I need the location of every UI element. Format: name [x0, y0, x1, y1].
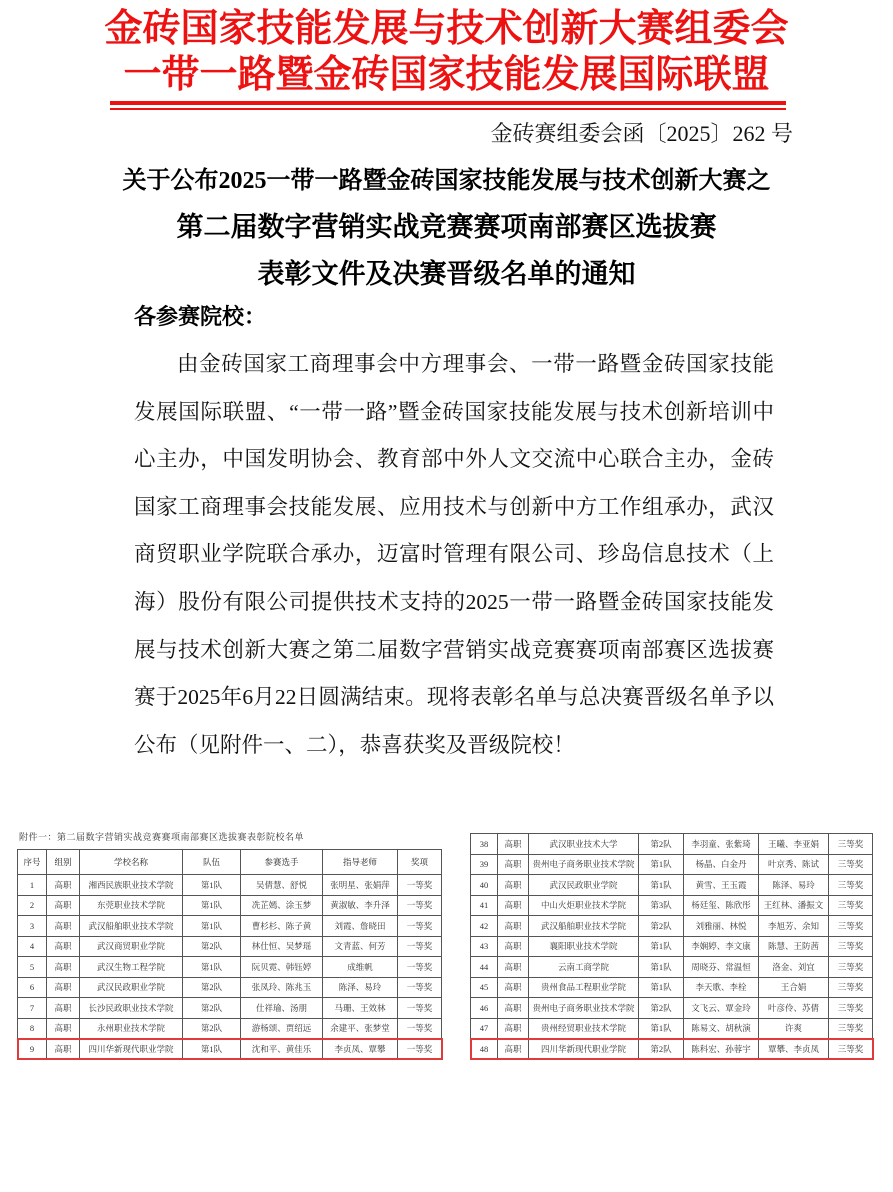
table-cell: 第1队: [639, 854, 684, 875]
table-cell: 第2队: [639, 998, 684, 1019]
letter-body: 由金砖国家工商理事会中方理事会、一带一路暨金砖国家技能发展国际联盟、“一带一路”…: [134, 341, 774, 769]
table-cell: 高职: [498, 895, 529, 916]
table-cell: 第1队: [183, 916, 241, 937]
table-row: 46高职贵州电子商务职业技术学院第2队文飞云、覃金玲叶彦伶、苏倩三等奖: [471, 998, 873, 1019]
table-row: 3高职武汉船舶职业技术学院第1队曹杉杉、陈子黄刘霞、詹晓田一等奖: [18, 916, 442, 937]
table-cell: 第2队: [183, 998, 241, 1019]
table-cell: 高职: [47, 895, 80, 916]
table-cell: 余建平、张梦堂: [323, 1018, 398, 1039]
table-cell: 高职: [47, 957, 80, 978]
table-cell: 38: [471, 834, 498, 855]
table-cell: 贵州电子商务职业技术学院: [529, 854, 639, 875]
table-cell: 三等奖: [829, 834, 873, 855]
awards-table-page2: 38高职武汉职业技术大学第2队李羽童、张紫琦王曦、李亚娟三等奖39高职贵州电子商…: [470, 833, 873, 1060]
table-cell: 武汉船舶职业技术学院: [529, 916, 639, 937]
table-cell: 三等奖: [829, 936, 873, 957]
table-cell: 贵州经贸职业技术学院: [529, 1018, 639, 1039]
table-cell: 第2队: [639, 834, 684, 855]
table-row: 48高职四川华新现代职业学院第2队陈科宏、孙蓉宇覃攀、李贞凤三等奖: [471, 1039, 873, 1060]
table-cell: 一等奖: [398, 1018, 442, 1039]
notice-title-line2: 第二届数字营销实战竞赛赛项南部赛区选拔赛: [0, 205, 893, 244]
table-cell: 46: [471, 998, 498, 1019]
table-cell: 张明星、张娟萍: [323, 875, 398, 896]
table-cell: 李娴婷、李文康: [684, 936, 759, 957]
table-cell: 第1队: [183, 875, 241, 896]
awards-table-page1-body: 1高职湘西民族职业技术学院第1队吴倩慧、舒悦张明星、张娟萍一等奖2高职东莞职业技…: [18, 875, 442, 1060]
table-cell: 仕祥瑜、汤朋: [241, 998, 323, 1019]
table-row: 39高职贵州电子商务职业技术学院第1队杨晶、白金丹叶京秀、陈试三等奖: [471, 854, 873, 875]
table-cell: 8: [18, 1018, 47, 1039]
table-header-row: 序号 组别 学校名称 队伍 参赛选手 指导老师 奖项: [18, 850, 442, 875]
table-cell: 刘雅丽、林悦: [684, 916, 759, 937]
table-cell: 贵州电子商务职业技术学院: [529, 998, 639, 1019]
notice-title-line3: 表彰文件及决赛晋级名单的通知: [0, 252, 893, 291]
table-cell: 三等奖: [829, 854, 873, 875]
table-cell: 陈科宏、孙蓉宇: [684, 1039, 759, 1060]
table-cell: 吴倩慧、舒悦: [241, 875, 323, 896]
table-cell: 游杨颂、贾绍远: [241, 1018, 323, 1039]
table-cell: 成维帆: [323, 957, 398, 978]
table-cell: 刘霞、詹晓田: [323, 916, 398, 937]
table-cell: 李羽童、张紫琦: [684, 834, 759, 855]
table-cell: 高职: [47, 916, 80, 937]
table-cell: 第2队: [183, 936, 241, 957]
table-cell: 9: [18, 1039, 47, 1060]
table-cell: 陈泽、易玲: [323, 977, 398, 998]
table-cell: 杨廷玺、陈欣彤: [684, 895, 759, 916]
table-row: 5高职武汉生物工程学院第1队阮贝霓、韩钰婷成维帆一等奖: [18, 957, 442, 978]
document-number: 金砖赛组委会函〔2025〕262 号: [490, 117, 793, 148]
table-cell: 42: [471, 916, 498, 937]
table-cell: 高职: [498, 854, 529, 875]
table-cell: 4: [18, 936, 47, 957]
table-cell: 冼芷嫣、涂玉梦: [241, 895, 323, 916]
table-cell: 一等奖: [398, 936, 442, 957]
table-cell: 贵州食品工程职业学院: [529, 977, 639, 998]
document-page: 金砖国家技能发展与技术创新大赛组委会 一带一路暨金砖国家技能发展国际联盟 金砖赛…: [0, 0, 893, 1192]
table-cell: 高职: [498, 936, 529, 957]
table-cell: 45: [471, 977, 498, 998]
table-row: 2高职东莞职业技术学院第1队冼芷嫣、涂玉梦黄淑敏、李升泽一等奖: [18, 895, 442, 916]
awards-table-page1: 序号 组别 学校名称 队伍 参赛选手 指导老师 奖项 1高职湘西民族职业技术学院…: [17, 849, 442, 1060]
table-cell: 三等奖: [829, 895, 873, 916]
table-cell: 一等奖: [398, 1039, 442, 1060]
table-cell: 高职: [47, 998, 80, 1019]
table-cell: 杨晶、白金丹: [684, 854, 759, 875]
table-cell: 高职: [498, 916, 529, 937]
table-row: 6高职武汉民政职业学院第2队张凤玲、陈兆玉陈泽、易玲一等奖: [18, 977, 442, 998]
table-cell: 东莞职业技术学院: [80, 895, 183, 916]
table-cell: 1: [18, 875, 47, 896]
table-cell: 中山火炬职业技术学院: [529, 895, 639, 916]
table-cell: 王红林、潘振文: [759, 895, 829, 916]
table-cell: 三等奖: [829, 1018, 873, 1039]
table-cell: 长沙民政职业技术学院: [80, 998, 183, 1019]
table-cell: 6: [18, 977, 47, 998]
table-row: 41高职中山火炬职业技术学院第3队杨廷玺、陈欣彤王红林、潘振文三等奖: [471, 895, 873, 916]
table-cell: 高职: [498, 1039, 529, 1060]
table-cell: 第1队: [183, 1039, 241, 1060]
awards-table-page2-body: 38高职武汉职业技术大学第2队李羽童、张紫琦王曦、李亚娟三等奖39高职贵州电子商…: [471, 834, 873, 1060]
table-row: 44高职云南工商学院第1队周晓芬、常温恒洛金、刘宜三等奖: [471, 957, 873, 978]
table-cell: 3: [18, 916, 47, 937]
table-row: 7高职长沙民政职业技术学院第2队仕祥瑜、汤朋马珊、王效林一等奖: [18, 998, 442, 1019]
table-cell: 43: [471, 936, 498, 957]
table-cell: 武汉生物工程学院: [80, 957, 183, 978]
table-cell: 四川华新现代职业学院: [529, 1039, 639, 1060]
table-cell: 第1队: [639, 1018, 684, 1039]
table-cell: 高职: [47, 1039, 80, 1060]
divider-thick-line: [110, 101, 786, 105]
table-cell: 第2队: [639, 1039, 684, 1060]
col-header-school: 学校名称: [80, 850, 183, 875]
table-cell: 第1队: [639, 977, 684, 998]
table-cell: 覃攀、李贞凤: [759, 1039, 829, 1060]
table-cell: 一等奖: [398, 895, 442, 916]
col-header-award: 奖项: [398, 850, 442, 875]
table-cell: 襄阳职业技术学院: [529, 936, 639, 957]
table-cell: 永州职业技术学院: [80, 1018, 183, 1039]
table-cell: 洛金、刘宜: [759, 957, 829, 978]
table-cell: 一等奖: [398, 875, 442, 896]
attachment-table-2: 38高职武汉职业技术大学第2队李羽童、张紫琦王曦、李亚娟三等奖39高职贵州电子商…: [470, 833, 873, 1060]
col-header-teachers: 指导老师: [323, 850, 398, 875]
table-cell: 48: [471, 1039, 498, 1060]
table-cell: 李天歌、李栓: [684, 977, 759, 998]
table-cell: 41: [471, 895, 498, 916]
table-cell: 许爽: [759, 1018, 829, 1039]
table-cell: 7: [18, 998, 47, 1019]
table-cell: 高职: [47, 977, 80, 998]
table-cell: 高职: [47, 936, 80, 957]
letterhead-divider: [110, 101, 786, 110]
table-cell: 武汉船舶职业技术学院: [80, 916, 183, 937]
table-cell: 三等奖: [829, 916, 873, 937]
table-cell: 高职: [498, 1018, 529, 1039]
table-cell: 高职: [498, 977, 529, 998]
table-row: 45高职贵州食品工程职业学院第1队李天歌、李栓王合娟三等奖: [471, 977, 873, 998]
table-row: 47高职贵州经贸职业技术学院第1队陈易文、胡秋演许爽三等奖: [471, 1018, 873, 1039]
table-cell: 三等奖: [829, 875, 873, 896]
table-row: 8高职永州职业技术学院第2队游杨颂、贾绍远余建平、张梦堂一等奖: [18, 1018, 442, 1039]
table-cell: 马珊、王效林: [323, 998, 398, 1019]
table-cell: 文飞云、覃金玲: [684, 998, 759, 1019]
table-cell: 三等奖: [829, 1039, 873, 1060]
table-cell: 一等奖: [398, 957, 442, 978]
table-cell: 第1队: [639, 957, 684, 978]
letterhead-org-line2: 一带一路暨金砖国家技能发展国际联盟: [0, 52, 893, 98]
table-cell: 一等奖: [398, 977, 442, 998]
table-cell: 武汉民政职业学院: [80, 977, 183, 998]
table-cell: 黄雪、王玉霞: [684, 875, 759, 896]
table-cell: 三等奖: [829, 957, 873, 978]
table-cell: 叶彦伶、苏倩: [759, 998, 829, 1019]
table-row: 38高职武汉职业技术大学第2队李羽童、张紫琦王曦、李亚娟三等奖: [471, 834, 873, 855]
table-cell: 第3队: [639, 895, 684, 916]
attachment-table-1: 附件一：第二届数字营销实战竞赛赛项南部赛区选拔赛表彰院校名单 序号 组别 学校名…: [17, 830, 442, 1060]
table-cell: 第1队: [183, 895, 241, 916]
table-cell: 李旭芳、余知: [759, 916, 829, 937]
table-cell: 云南工商学院: [529, 957, 639, 978]
table-cell: 高职: [47, 875, 80, 896]
table-cell: 文青蓝、何芳: [323, 936, 398, 957]
table-cell: 沈和平、黄佳乐: [241, 1039, 323, 1060]
table-cell: 高职: [498, 834, 529, 855]
notice-title-line1: 关于公布2025一带一路暨金砖国家技能发展与技术创新大赛之: [0, 160, 893, 195]
table-row: 4高职武汉商贸职业学院第2队林仕恒、吴梦瑶文青蓝、何芳一等奖: [18, 936, 442, 957]
table-cell: 武汉商贸职业学院: [80, 936, 183, 957]
table-cell: 陈易文、胡秋演: [684, 1018, 759, 1039]
col-header-group: 组别: [47, 850, 80, 875]
table-cell: 王曦、李亚娟: [759, 834, 829, 855]
table-cell: 叶京秀、陈试: [759, 854, 829, 875]
table-cell: 一等奖: [398, 998, 442, 1019]
col-header-players: 参赛选手: [241, 850, 323, 875]
table-cell: 第1队: [183, 957, 241, 978]
divider-thin-line: [110, 108, 786, 110]
table-cell: 高职: [498, 875, 529, 896]
table-row: 42高职武汉船舶职业技术学院第2队刘雅丽、林悦李旭芳、余知三等奖: [471, 916, 873, 937]
table-cell: 湘西民族职业技术学院: [80, 875, 183, 896]
table-row: 9高职四川华新现代职业学院第1队沈和平、黄佳乐李贞凤、覃攀一等奖: [18, 1039, 442, 1060]
table-cell: 武汉民政职业学院: [529, 875, 639, 896]
table-cell: 武汉职业技术大学: [529, 834, 639, 855]
table-cell: 40: [471, 875, 498, 896]
table-cell: 三等奖: [829, 998, 873, 1019]
table-cell: 第2队: [183, 1018, 241, 1039]
table-cell: 第2队: [183, 977, 241, 998]
table-cell: 张凤玲、陈兆玉: [241, 977, 323, 998]
table-cell: 2: [18, 895, 47, 916]
table-cell: 李贞凤、覃攀: [323, 1039, 398, 1060]
table-cell: 曹杉杉、陈子黄: [241, 916, 323, 937]
letterhead-org-line1: 金砖国家技能发展与技术创新大赛组委会: [0, 6, 893, 52]
table-cell: 47: [471, 1018, 498, 1039]
attachment-1-caption: 附件一：第二届数字营销实战竞赛赛项南部赛区选拔赛表彰院校名单: [19, 830, 442, 843]
table-cell: 5: [18, 957, 47, 978]
table-cell: 39: [471, 854, 498, 875]
table-row: 43高职襄阳职业技术学院第1队李娴婷、李文康陈慧、王防茜三等奖: [471, 936, 873, 957]
table-cell: 林仕恒、吴梦瑶: [241, 936, 323, 957]
col-header-team: 队伍: [183, 850, 241, 875]
table-row: 1高职湘西民族职业技术学院第1队吴倩慧、舒悦张明星、张娟萍一等奖: [18, 875, 442, 896]
table-row: 40高职武汉民政职业学院第1队黄雪、王玉霞陈泽、易玲三等奖: [471, 875, 873, 896]
table-cell: 三等奖: [829, 977, 873, 998]
col-header-index: 序号: [18, 850, 47, 875]
table-cell: 高职: [47, 1018, 80, 1039]
table-cell: 第1队: [639, 936, 684, 957]
table-cell: 阮贝霓、韩钰婷: [241, 957, 323, 978]
table-cell: 高职: [498, 998, 529, 1019]
table-cell: 第2队: [639, 916, 684, 937]
salutation: 各参赛院校：: [134, 300, 266, 331]
table-cell: 周晓芬、常温恒: [684, 957, 759, 978]
table-cell: 一等奖: [398, 916, 442, 937]
table-cell: 高职: [498, 957, 529, 978]
table-cell: 44: [471, 957, 498, 978]
table-cell: 陈慧、王防茜: [759, 936, 829, 957]
table-cell: 王合娟: [759, 977, 829, 998]
table-cell: 第1队: [639, 875, 684, 896]
table-cell: 黄淑敏、李升泽: [323, 895, 398, 916]
table-cell: 四川华新现代职业学院: [80, 1039, 183, 1060]
table-cell: 陈泽、易玲: [759, 875, 829, 896]
